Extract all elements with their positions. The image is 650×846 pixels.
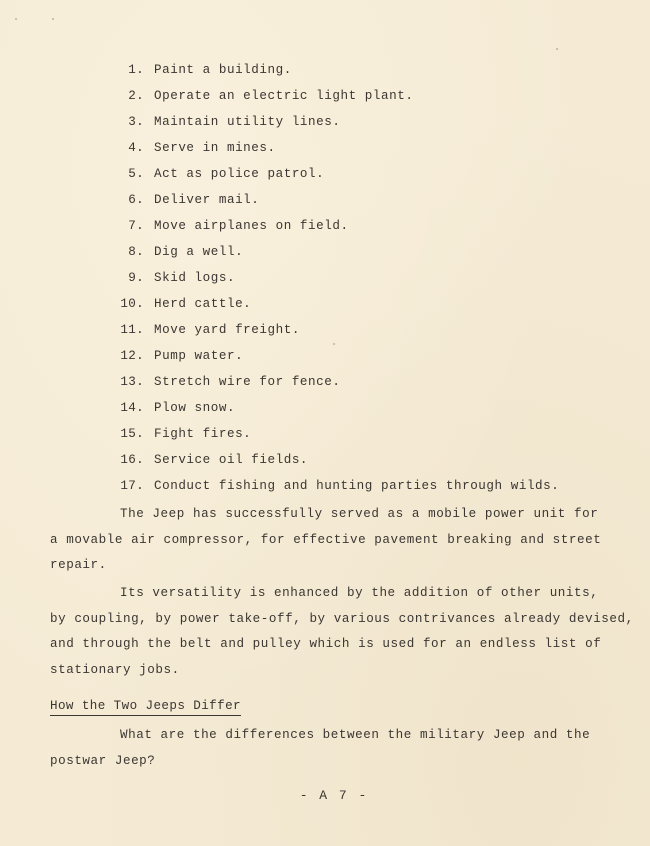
list-item: 14. Plow snow. bbox=[0, 398, 650, 424]
paragraph-line: postwar Jeep? bbox=[50, 751, 610, 777]
list-item-number: 4. bbox=[100, 138, 144, 158]
list-item-number: 1. bbox=[100, 60, 144, 80]
list-item-number: 12. bbox=[100, 346, 144, 366]
list-item-number: 14. bbox=[100, 398, 144, 418]
list-item-number: 5. bbox=[100, 164, 144, 184]
list-item-text: Deliver mail. bbox=[154, 190, 259, 210]
list-item-text: Serve in mines. bbox=[154, 138, 276, 158]
paragraph-differences-question: What are the differences between the mil… bbox=[50, 725, 610, 776]
section-heading: How the Two Jeeps Differ bbox=[50, 697, 241, 716]
paper-speck bbox=[556, 48, 558, 50]
list-item: 8. Dig a well. bbox=[0, 242, 650, 268]
list-item-number: 15. bbox=[100, 424, 144, 444]
list-item-text: Skid logs. bbox=[154, 268, 235, 288]
paper-speck bbox=[15, 18, 17, 20]
list-item-number: 10. bbox=[100, 294, 144, 314]
list-item-text: Pump water. bbox=[154, 346, 243, 366]
list-item-text: Paint a building. bbox=[154, 60, 292, 80]
list-item-number: 6. bbox=[100, 190, 144, 210]
list-item-text: Operate an electric light plant. bbox=[154, 86, 413, 106]
list-item-text: Dig a well. bbox=[154, 242, 243, 262]
list-item-number: 16. bbox=[100, 450, 144, 470]
list-item-number: 9. bbox=[100, 268, 144, 288]
list-item-number: 7. bbox=[100, 216, 144, 236]
list-item-number: 2. bbox=[100, 86, 144, 106]
list-item: 6. Deliver mail. bbox=[0, 190, 650, 216]
list-item: 2. Operate an electric light plant. bbox=[0, 86, 650, 112]
list-item-number: 13. bbox=[100, 372, 144, 392]
paragraph-line: What are the differences between the mil… bbox=[50, 725, 610, 751]
list-item-text: Move airplanes on field. bbox=[154, 216, 349, 236]
paragraph-line: The Jeep has successfully served as a mo… bbox=[50, 504, 610, 530]
list-item-text: Fight fires. bbox=[154, 424, 251, 444]
list-item-text: Service oil fields. bbox=[154, 450, 308, 470]
paragraph-line: stationary jobs. bbox=[50, 660, 610, 686]
document-page: 1. Paint a building. 2. Operate an elect… bbox=[0, 0, 650, 846]
list-item: 7. Move airplanes on field. bbox=[0, 216, 650, 242]
list-item: 1. Paint a building. bbox=[0, 60, 650, 86]
list-item-text: Move yard freight. bbox=[154, 320, 300, 340]
list-item-text: Conduct fishing and hunting parties thro… bbox=[154, 476, 559, 496]
list-item-number: 11. bbox=[100, 320, 144, 340]
list-item-number: 17. bbox=[100, 476, 144, 496]
list-item: 12. Pump water. bbox=[0, 346, 650, 372]
list-item-text: Stretch wire for fence. bbox=[154, 372, 340, 392]
list-item: 15. Fight fires. bbox=[0, 424, 650, 450]
list-item: 16. Service oil fields. bbox=[0, 450, 650, 476]
list-item: 13. Stretch wire for fence. bbox=[0, 372, 650, 398]
paper-speck bbox=[333, 343, 335, 345]
list-item: 17. Conduct fishing and hunting parties … bbox=[0, 476, 650, 502]
list-item: 11. Move yard freight. bbox=[0, 320, 650, 346]
paragraph-line: repair. bbox=[50, 555, 610, 581]
page-number: - A 7 - bbox=[0, 788, 650, 803]
list-item: 5. Act as police patrol. bbox=[0, 164, 650, 190]
list-item: 9. Skid logs. bbox=[0, 268, 650, 294]
numbered-list: 1. Paint a building. 2. Operate an elect… bbox=[0, 60, 650, 502]
paragraph-versatility: Its versatility is enhanced by the addit… bbox=[50, 583, 610, 685]
paragraph-line: and through the belt and pulley which is… bbox=[50, 634, 610, 660]
paragraph-line: by coupling, by power take-off, by vario… bbox=[50, 609, 610, 635]
paper-speck bbox=[52, 18, 54, 20]
list-item-number: 8. bbox=[100, 242, 144, 262]
paragraph-line: Its versatility is enhanced by the addit… bbox=[50, 583, 610, 609]
list-item-number: 3. bbox=[100, 112, 144, 132]
paragraph-mobile-power-unit: The Jeep has successfully served as a mo… bbox=[50, 504, 610, 581]
list-item-text: Act as police patrol. bbox=[154, 164, 324, 184]
list-item-text: Plow snow. bbox=[154, 398, 235, 418]
paragraph-line: a movable air compressor, for effective … bbox=[50, 530, 610, 556]
list-item-text: Maintain utility lines. bbox=[154, 112, 340, 132]
list-item-text: Herd cattle. bbox=[154, 294, 251, 314]
list-item: 4. Serve in mines. bbox=[0, 138, 650, 164]
list-item: 10. Herd cattle. bbox=[0, 294, 650, 320]
list-item: 3. Maintain utility lines. bbox=[0, 112, 650, 138]
